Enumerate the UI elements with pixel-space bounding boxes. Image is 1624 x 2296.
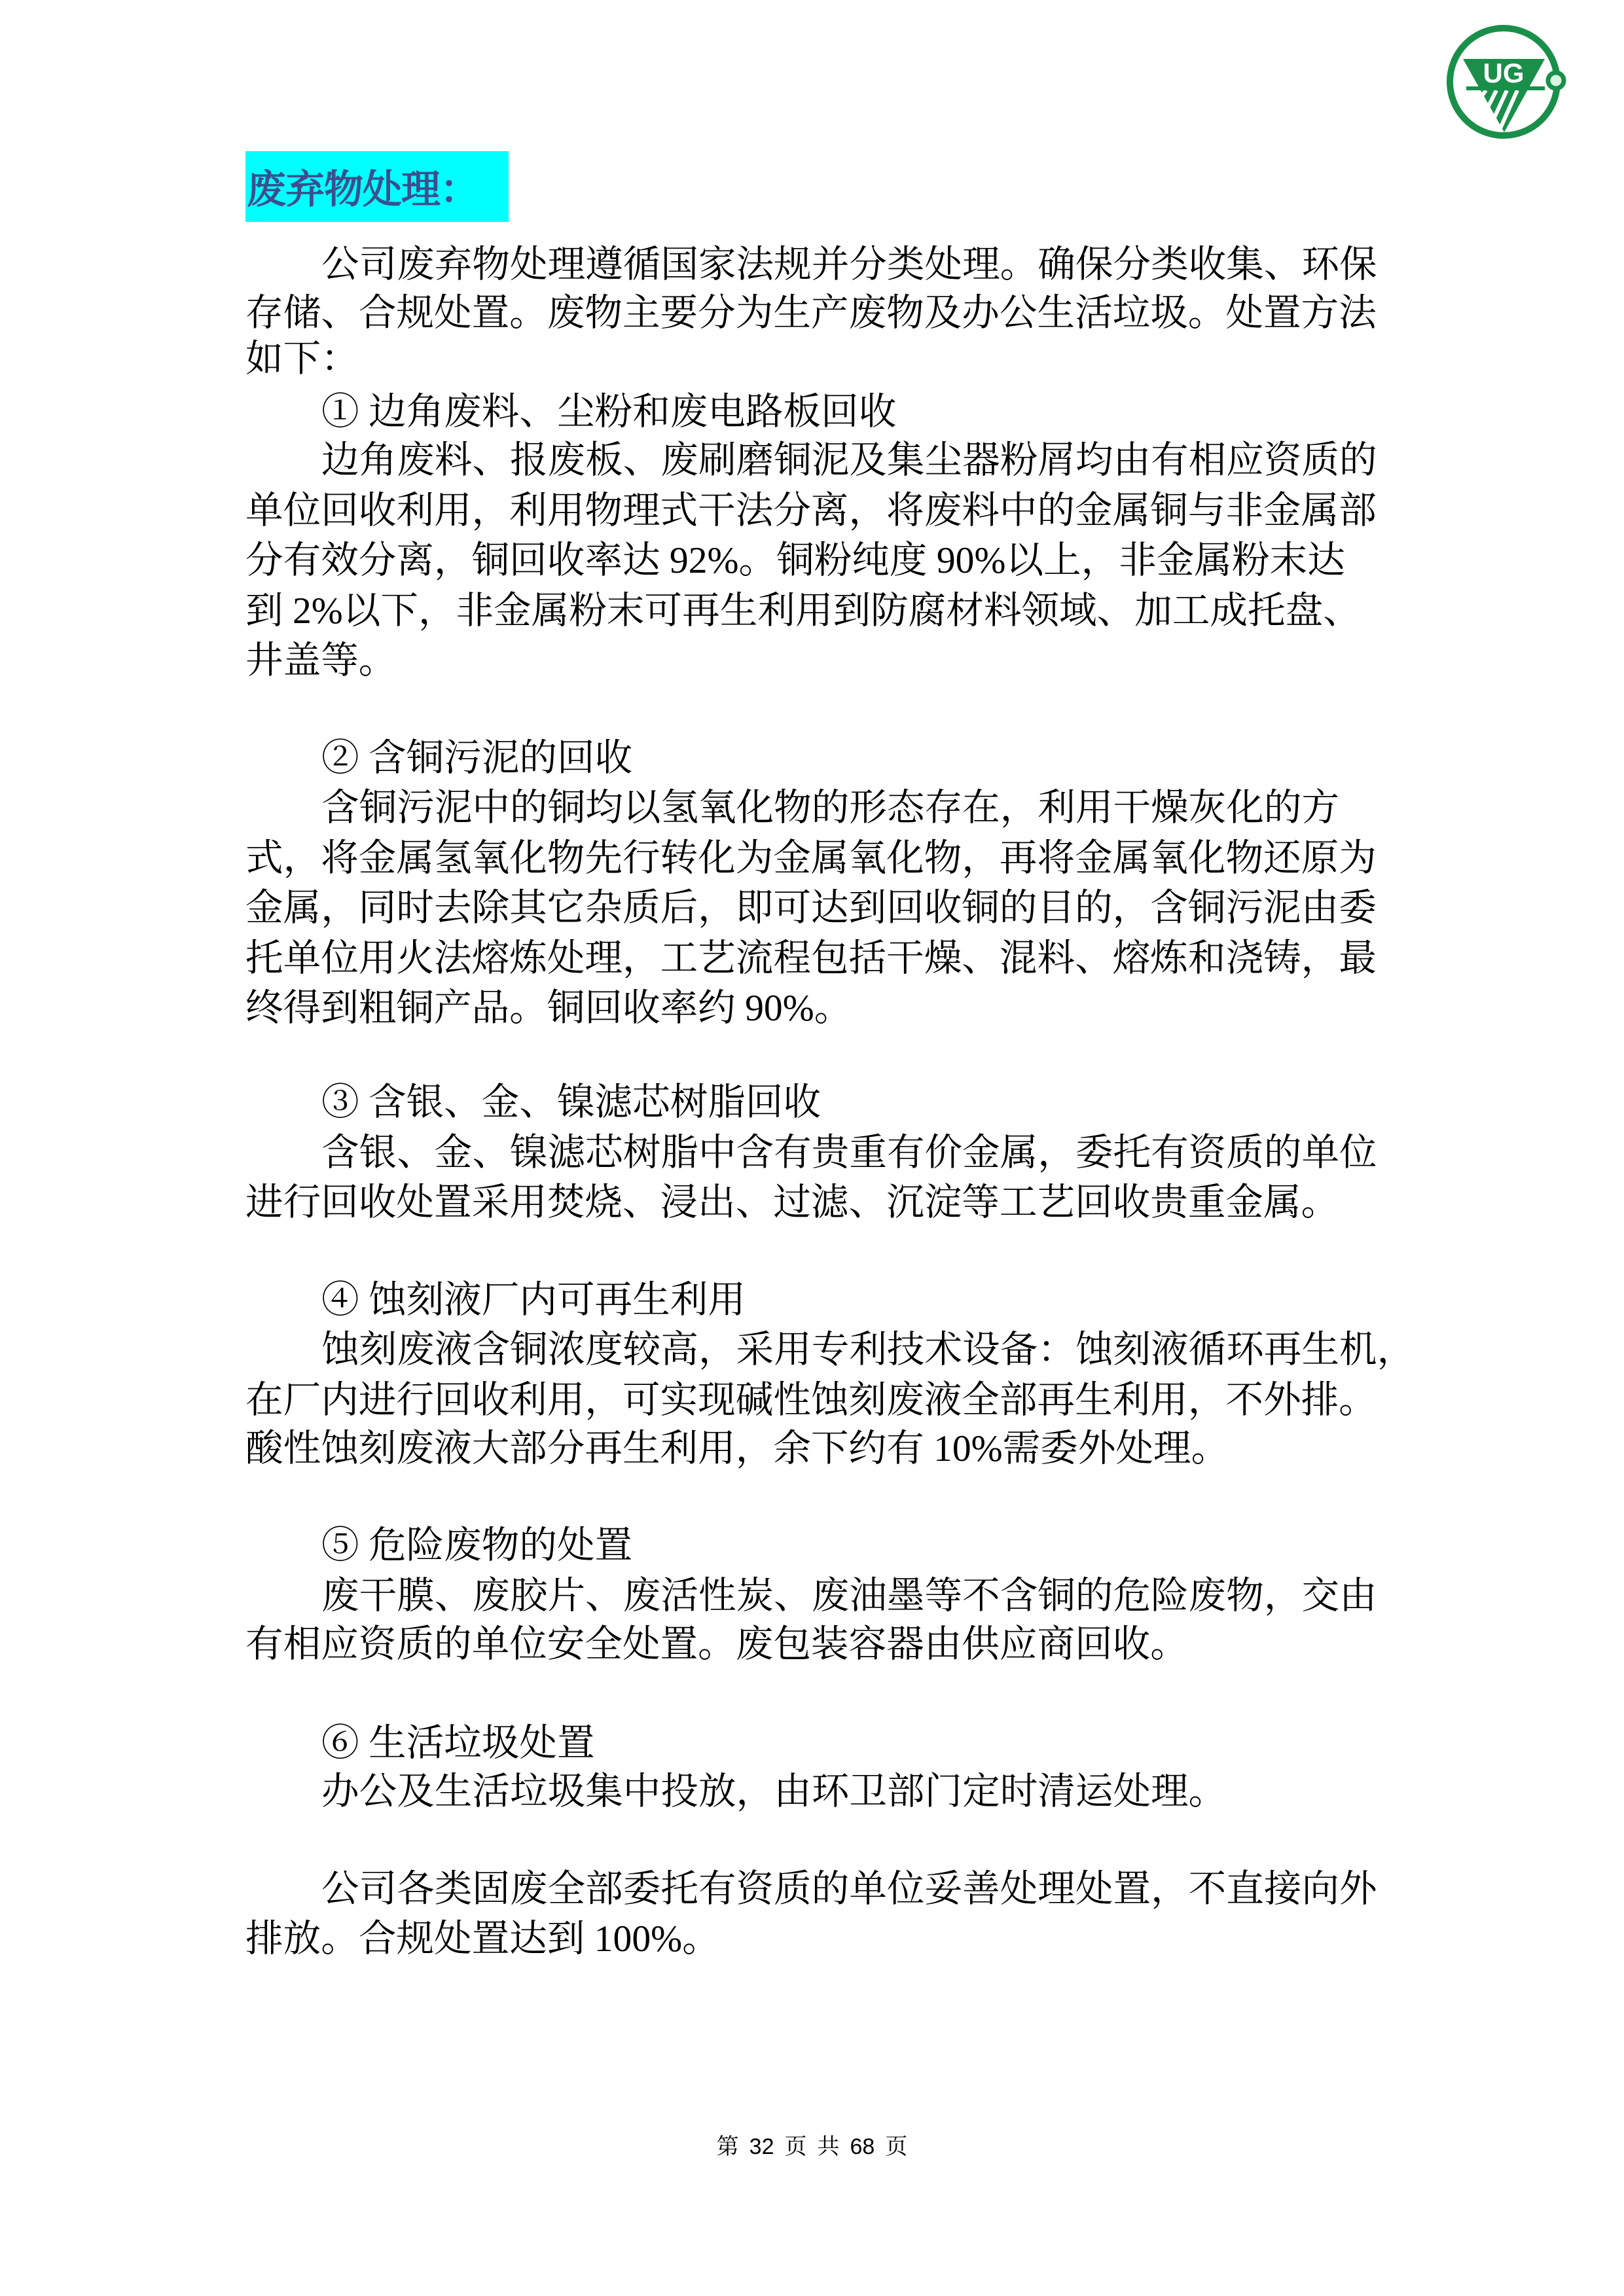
ug-logo-icon: UG <box>1440 20 1571 151</box>
body-text-line: 托单位用火法熔炼处理，工艺流程包括干燥、混料、熔炼和浇铸，最 <box>245 934 1384 984</box>
subsection-heading: ④ 蚀刻液厂内可再生利用 <box>321 1276 1384 1325</box>
section-heading: 废弃物处理： <box>245 151 509 222</box>
body-text-line: 分有效分离，铜回收率达 92%。铜粉纯度 90%以上，非金属粉末达 <box>245 536 1384 586</box>
body-text-line: 有相应资质的单位安全处置。废包装容器由供应商回收。 <box>245 1620 1384 1670</box>
page-footer: 第32页共68页 <box>0 2130 1624 2163</box>
body-text-line: 酸性蚀刻废液大部分再生利用，余下约有 10%需委外处理。 <box>245 1424 1384 1474</box>
body-text-line: 存储、合规处置。废物主要分为生产废物及办公生活垃圾。处置方法 <box>245 289 1384 338</box>
body-text-line: 含银、金、镍滤芯树脂中含有贵重有价金属，委托有资质的单位 <box>321 1128 1384 1178</box>
subsection-heading: ⑥ 生活垃圾处置 <box>321 1719 1384 1768</box>
body-text-line: 金属，同时去除其它杂质后，即可达到回收铜的目的，含铜污泥由委 <box>245 884 1384 933</box>
body-text-line: 办公及生活垃圾集中投放，由环卫部门定时清运处理。 <box>321 1767 1384 1817</box>
body-text-line: 终得到粗铜产品。铜回收率约 90%。 <box>245 984 1384 1033</box>
body-text-line: 蚀刻废液含铜浓度较高，采用专利技术设备：蚀刻液循环再生机， <box>321 1325 1384 1375</box>
subsection-heading: ② 含铜污泥的回收 <box>321 734 1384 783</box>
body-text-line: 边角废料、报废板、废刷磨铜泥及集尘器粉屑均由有相应资质的 <box>321 436 1384 486</box>
logo-text: UG <box>1483 58 1525 88</box>
body-text-line: 排放。合规处置达到 100%。 <box>245 1914 1384 1964</box>
body-text-line: 到 2%以下，非金属粉末可再生利用到防腐材料领域、加工成托盘、 <box>245 586 1384 636</box>
body-text-line: 公司废弃物处理遵循国家法规并分类处理。确保分类收集、环保 <box>321 240 1384 290</box>
body-text-line: 进行回收处置采用焚烧、浸出、过滤、沉淀等工艺回收贵重金属。 <box>245 1178 1384 1228</box>
subsection-heading: ③ 含银、金、镍滤芯树脂回收 <box>321 1078 1384 1128</box>
total-page-count: 68 <box>850 2134 875 2159</box>
body-text-line: 如下： <box>245 334 1384 384</box>
body-text-line: 公司各类固废全部委托有资质的单位妥善处理处置，不直接向外 <box>321 1865 1384 1914</box>
footer-total-label: 共 <box>818 2135 840 2159</box>
footer-prefix: 第 <box>717 2135 739 2159</box>
subsection-heading: ① 边角废料、尘粉和废电路板回收 <box>321 387 1384 437</box>
current-page-number: 32 <box>749 2134 774 2159</box>
body-text-line: 在厂内进行回收利用，可实现碱性蚀刻废液全部再生利用，不外排。 <box>245 1376 1384 1426</box>
footer-suffix: 页 <box>885 2135 907 2159</box>
subsection-heading: ⑤ 危险废物的处置 <box>321 1521 1384 1571</box>
body-text-line: 式，将金属氢氧化物先行转化为金属氧化物，再将金属氧化物还原为 <box>245 834 1384 884</box>
section-heading-text: 废弃物处理： <box>245 158 478 215</box>
body-text-line: 单位回收利用，利用物理式干法分离，将废料中的金属铜与非金属部 <box>245 486 1384 536</box>
footer-page-label: 页 <box>785 2135 807 2159</box>
body-text-line: 含铜污泥中的铜均以氢氧化物的形态存在，利用干燥灰化的方 <box>321 783 1384 833</box>
body-text-line: 废干膜、废胶片、废活性炭、废油墨等不含铜的危险废物，交由 <box>321 1571 1384 1621</box>
body-text-line: 井盖等。 <box>245 636 1384 686</box>
company-logo: UG <box>1440 20 1571 151</box>
